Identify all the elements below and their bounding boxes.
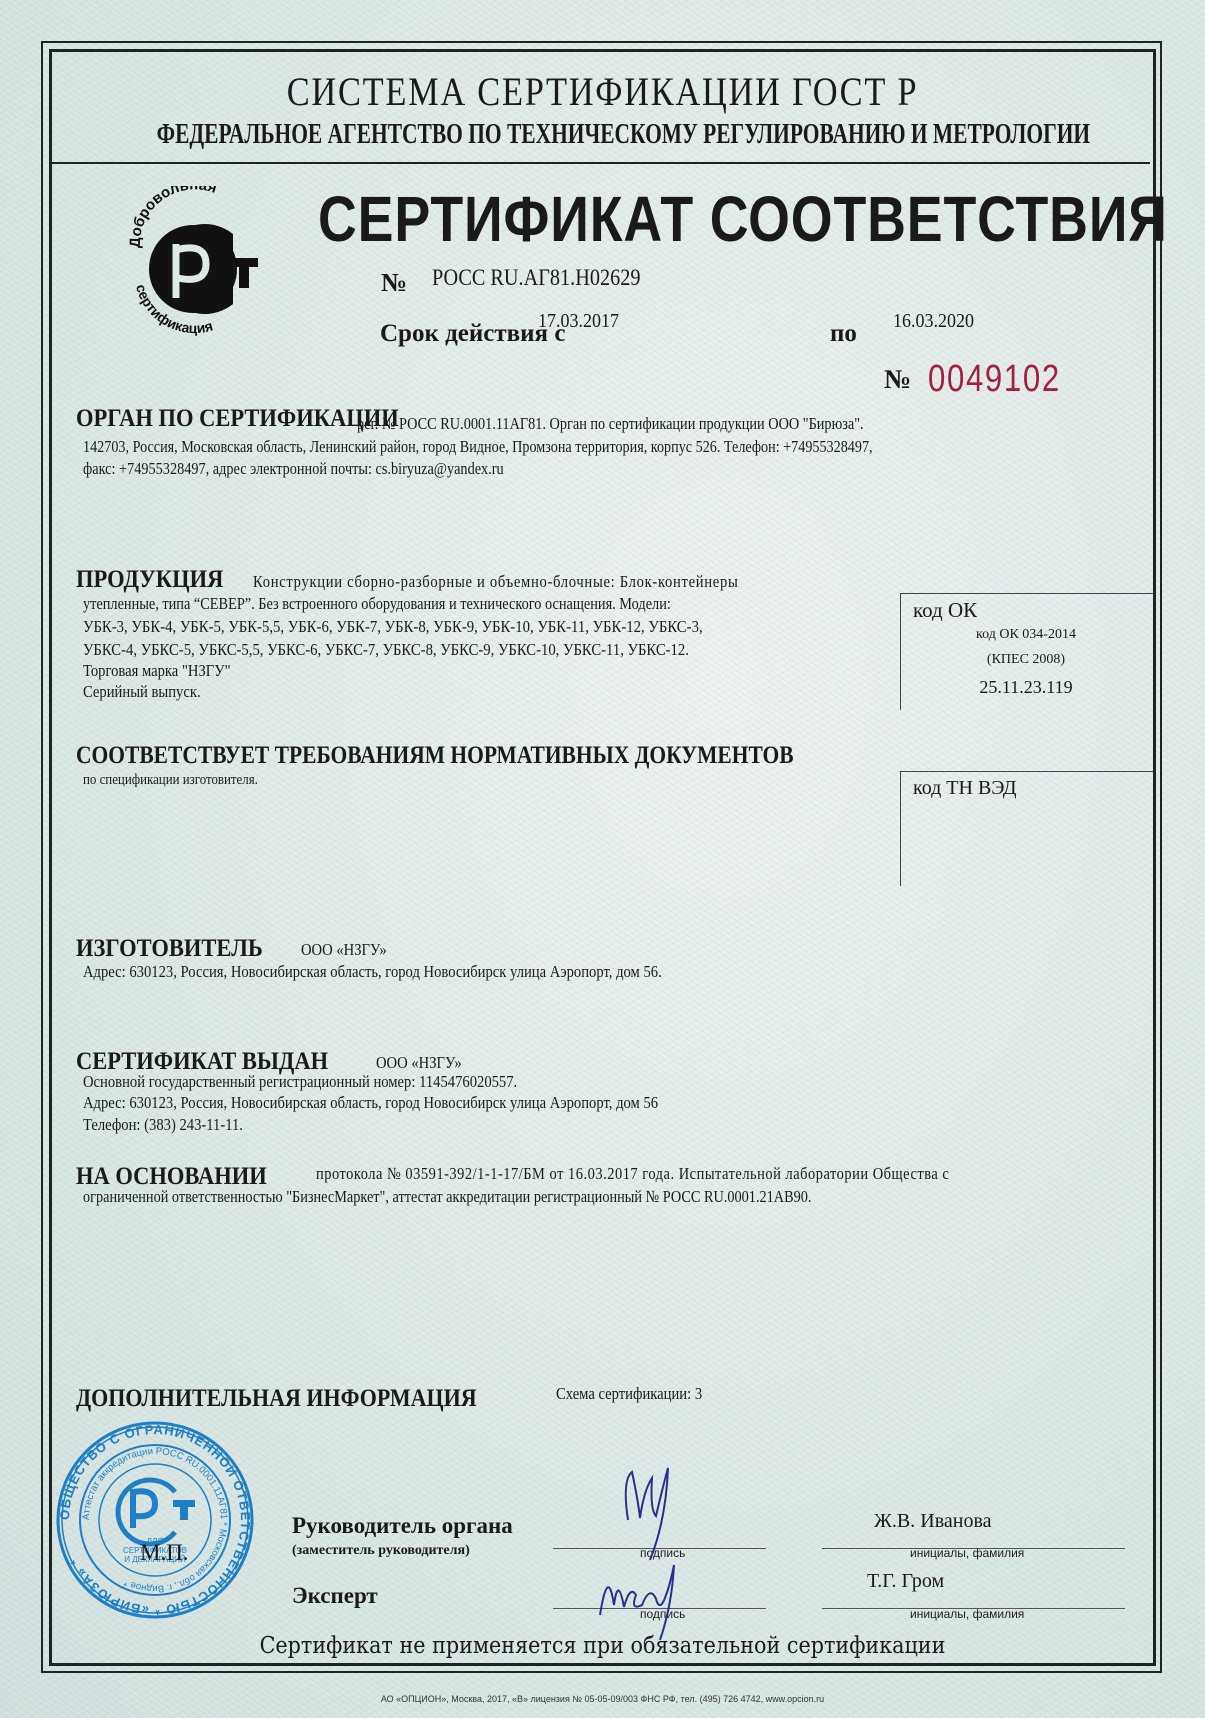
manufacturer-heading: ИЗГОТОВИТЕЛЬ <box>76 935 263 963</box>
issued-to-line: Адрес: 630123, Россия, Новосибирская обл… <box>83 1093 752 1113</box>
head-signature-icon <box>610 1460 690 1570</box>
issued-to-name-text: ООО «НЗГУ» <box>376 1053 462 1073</box>
expert-name: Т.Г. Гром <box>867 1570 944 1593</box>
conformity-section: СООТВЕТСТВУЕТ ТРЕБОВАНИЯМ НОРМАТИВНЫХ ДО… <box>76 742 910 770</box>
issued-to-ogrn: Основной государственный регистрационный… <box>83 1072 517 1092</box>
product-line: УБКС-4, УБКС-5, УБКС-5,5, УБКС-6, УБКС-7… <box>83 640 784 660</box>
system-title: СИСТЕМА СЕРТИФИКАЦИИ ГОСТ Р <box>84 68 1120 115</box>
product-section: ПРОДУКЦИЯ <box>76 566 240 594</box>
code-ok-label: код ОК <box>913 598 977 623</box>
basis-text: ограниченной ответственностью "БизнесМар… <box>83 1187 811 1207</box>
seal-label: М.П. <box>140 1540 189 1566</box>
seal-stamp-icon: ОБЩЕСТВО С ОГРАНИЧЕННОЙ ОТВЕТСТВЕННОСТЬЮ… <box>55 1420 255 1620</box>
manufacturer-section: ИЗГОТОВИТЕЛЬ <box>76 935 283 963</box>
conformity-value: по спецификации изготовителя. <box>83 772 258 789</box>
conformity-heading: СООТВЕТСТВУЕТ ТРЕБОВАНИЯМ НОРМАТИВНЫХ ДО… <box>76 742 794 770</box>
head-name: Ж.В. Иванова <box>874 1510 992 1533</box>
valid-to-date: 16.03.2020 <box>893 310 974 333</box>
stamp-inner-text: Аттестат аккредитации РОСС RU.0001.11АГ8… <box>81 1446 229 1594</box>
product-text: Конструкции сборно-разборные и объемно-б… <box>253 572 738 592</box>
head-of-body-label: Руководитель органа <box>292 1513 513 1539</box>
issued-to-line: Основной государственный регистрационный… <box>83 1072 588 1092</box>
product-models-text: УБКС-4, УБКС-5, УБКС-5,5, УБКС-6, УБКС-7… <box>83 640 689 660</box>
certification-scheme: Схема сертификации: 3 <box>556 1384 702 1404</box>
certification-body-email: факс: +74955328497, адрес электронной по… <box>83 459 504 479</box>
basis-line: ограниченной ответственностью "БизнесМар… <box>83 1187 950 1207</box>
product-line: утепленные, типа “СЕВЕР”. Без встроенног… <box>83 594 781 614</box>
additional-info-heading: ДОПОЛНИТЕЛЬНАЯ ИНФОРМАЦИЯ <box>76 1385 477 1413</box>
non-mandatory-notice: Сертификат не применяется при обязательн… <box>60 1633 1145 1659</box>
certification-body-heading: ОРГАН ПО СЕРТИФИКАЦИИ <box>76 405 399 433</box>
number-label: № <box>381 268 407 298</box>
blank-serial-number: 0049102 <box>928 358 1061 401</box>
code-tnved-label: код ТН ВЭД <box>913 777 1016 800</box>
manufacturer-name: ООО «НЗГУ» <box>301 940 401 960</box>
manufacturer-address-text: Адрес: 630123, Россия, Новосибирская обл… <box>83 962 662 982</box>
serial-release-text: Серийный выпуск. <box>83 682 201 702</box>
issued-to-name: ООО «НЗГУ» <box>376 1053 476 1073</box>
blank-number-label: № <box>884 364 911 395</box>
product-line: УБК-3, УБК-4, УБК-5, УБК-5,5, УБК-6, УБК… <box>83 617 797 637</box>
svg-text:Аттестат аккредитации РОСС RU.: Аттестат аккредитации РОСС RU.0001.11АГ8… <box>81 1446 229 1594</box>
product-line: Торговая марка "НЗГУ" <box>83 661 255 681</box>
certification-body-text: рег. № РОСС RU.0001.11АГ81. Орган по сер… <box>357 414 864 434</box>
additional-info-text: Схема сертификации: 3 <box>556 1384 726 1404</box>
product-line: Серийный выпуск. <box>83 682 220 702</box>
product-text: утепленные, типа “СЕВЕР”. Без встроенног… <box>83 594 671 614</box>
conformity-text: по спецификации изготовителя. <box>83 772 286 789</box>
issued-to-phone: Телефон: (383) 243-11-11. <box>83 1115 243 1135</box>
trademark-text: Торговая марка "НЗГУ" <box>83 661 231 681</box>
head-of-body-sublabel: (заместитель руководителя) <box>292 1543 470 1559</box>
certificate-title: СЕРТИФИКАТ СООТВЕТСТВИЯ <box>318 182 1168 256</box>
head-name-caption: инициалы, фамилия <box>910 1546 1024 1560</box>
valid-from-date: 17.03.2017 <box>538 310 619 333</box>
expert-label: Эксперт <box>292 1583 378 1609</box>
certification-body-line: 142703, Россия, Московская область, Лени… <box>83 437 1031 457</box>
basis-text: протокола № 03591-392/1-1-17/БМ от 16.03… <box>316 1164 949 1184</box>
certification-body-text: 142703, Россия, Московская область, Лени… <box>83 437 873 457</box>
registration-number: РОСС RU.АГ81.Н02629 <box>432 265 640 291</box>
code-ok-classifier: код ОК 034-2014 <box>901 627 1151 643</box>
additional-info-section: ДОПОЛНИТЕЛЬНАЯ ИНФОРМАЦИЯ <box>76 1385 531 1413</box>
printer-imprint: АО «ОПЦИОН», Москва, 2017, «В» лицензия … <box>0 1694 1205 1704</box>
issued-to-line: Телефон: (383) 243-11-11. <box>83 1115 269 1135</box>
code-ok-box: код ОК код ОК 034-2014 (КПЕС 2008) 25.11… <box>900 593 1153 710</box>
product-line: Конструкции сборно-разборные и объемно-б… <box>253 572 818 592</box>
manufacturer-name-text: ООО «НЗГУ» <box>301 940 387 960</box>
expert-signature-icon <box>590 1555 700 1645</box>
issued-to-address: Адрес: 630123, Россия, Новосибирская обл… <box>83 1093 658 1113</box>
product-heading: ПРОДУКЦИЯ <box>76 566 223 594</box>
certification-body-line: рег. № РОСС RU.0001.11АГ81. Орган по сер… <box>357 414 960 434</box>
code-ok-edition: (КПЕС 2008) <box>901 652 1151 668</box>
agency-title: ФЕДЕРАЛЬНОЕ АГЕНТСТВО ПО ТЕХНИЧЕСКОМУ РЕ… <box>157 118 1049 151</box>
valid-to-label: по <box>830 320 857 348</box>
expert-name-caption: инициалы, фамилия <box>910 1607 1024 1621</box>
certification-body-line: факс: +74955328497, адрес электронной по… <box>83 459 584 479</box>
basis-line: протокола № 03591-392/1-1-17/БМ от 16.03… <box>316 1164 1061 1184</box>
header-divider <box>52 162 1150 164</box>
code-tnved-box: код ТН ВЭД <box>900 771 1153 886</box>
code-ok-value: 25.11.23.119 <box>901 677 1151 698</box>
product-models-text: УБК-3, УБК-4, УБК-5, УБК-5,5, УБК-6, УБК… <box>83 617 703 637</box>
rst-logo-icon: Добровольная сертификация <box>118 186 268 336</box>
manufacturer-address: Адрес: 630123, Россия, Новосибирская обл… <box>83 962 756 982</box>
